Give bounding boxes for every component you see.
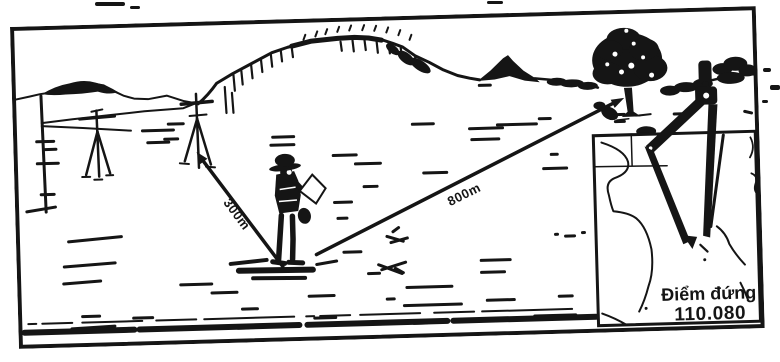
inset-value: 110.080: [674, 303, 746, 326]
scan-speck: [770, 85, 780, 90]
sight-line-800m: [312, 98, 628, 255]
arrowhead-800m-icon: [611, 98, 625, 108]
dark-peak: [477, 54, 540, 84]
scan-speck: [762, 100, 768, 103]
scan-speck: [487, 1, 503, 4]
scan-speck: [95, 2, 125, 6]
survey-beacon-right-icon: [178, 93, 215, 168]
survey-beacon-left-icon: [79, 109, 116, 180]
satchel: [296, 207, 312, 225]
distance-label-300m: 300m: [220, 196, 253, 233]
illustration-frame: 300m 800m: [10, 6, 765, 349]
left-hill-bush: [42, 80, 118, 95]
scan-speck: [130, 6, 140, 9]
scene-drawing: 300m 800m: [10, 6, 765, 349]
scanned-illustration-page: 300m 800m: [0, 0, 780, 362]
inset-caption: Điểm đứng: [661, 282, 757, 305]
hill-crest: [196, 34, 480, 104]
distance-label-800m: 800m: [445, 180, 483, 209]
near-ridge: [41, 101, 202, 123]
map-sheet: [299, 174, 326, 204]
scan-speck: [763, 68, 771, 72]
slope-hachures: [224, 39, 418, 113]
